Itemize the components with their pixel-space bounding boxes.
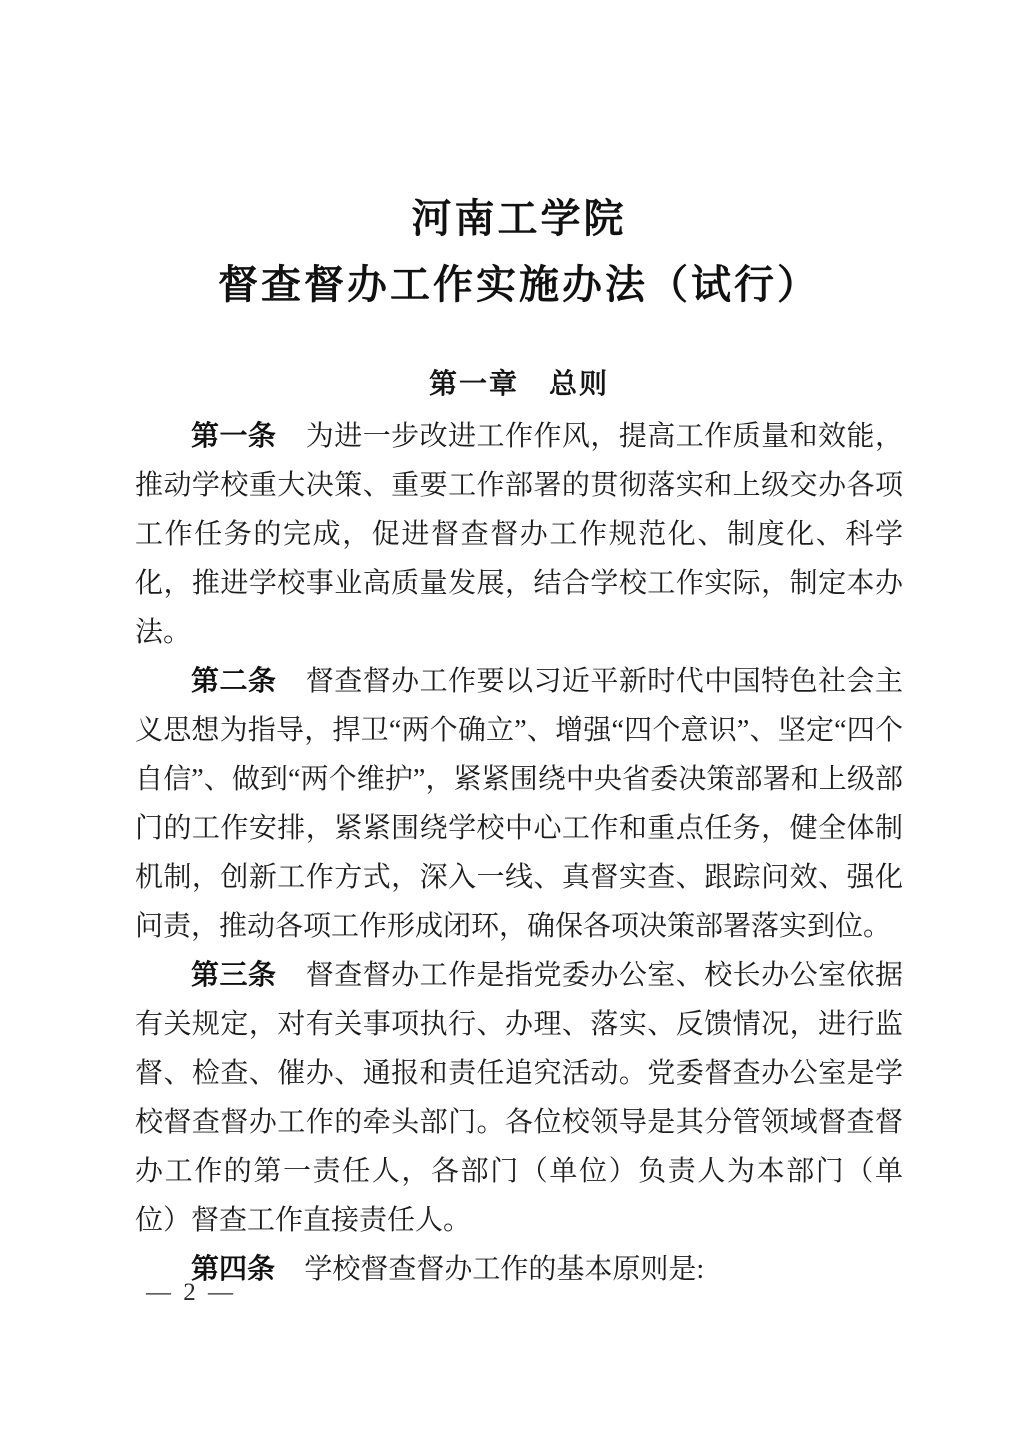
document-title-line-2: 督查督办工作实施办法（试行） [135,252,903,318]
article-1-label: 第一条 [191,421,276,452]
article-1-text: 为进一步改进工作作风，提高工作质量和效能，推动学校重大决策、重要工作部署的贯彻落… [135,421,903,648]
page-number: — 2 — [146,1278,236,1308]
article-2-paragraph: 第二条督查督办工作要以习近平新时代中国特色社会主义思想为指导，捍卫“两个确立”、… [135,657,903,951]
article-3-text: 督查督办工作是指党委办公室、校长办公室依据有关规定，对有关事项执行、办理、落实、… [135,960,903,1236]
document-title-line-1: 河南工学院 [135,186,903,252]
article-3-label: 第三条 [191,960,276,991]
article-2-text: 督查督办工作要以习近平新时代中国特色社会主义思想为指导，捍卫“两个确立”、增强“… [135,666,903,942]
document-content: 河南工学院 督查督办工作实施办法（试行） 第一章 总则 第一条为进一步改进工作作… [135,0,903,1294]
document-title-block: 河南工学院 督查督办工作实施办法（试行） [135,0,903,318]
document-body: 第一条为进一步改进工作作风，提高工作质量和效能，推动学校重大决策、重要工作部署的… [135,412,903,1294]
article-2-label: 第二条 [191,666,276,697]
article-4-paragraph: 第四条学校督查督办工作的基本原则是: [135,1245,903,1294]
chapter-heading: 第一章 总则 [135,364,903,404]
article-1-paragraph: 第一条为进一步改进工作作风，提高工作质量和效能，推动学校重大决策、重要工作部署的… [135,412,903,657]
document-page: 河南工学院 督查督办工作实施办法（试行） 第一章 总则 第一条为进一步改进工作作… [0,0,1024,1448]
article-4-text: 学校督查督办工作的基本原则是: [304,1254,704,1285]
article-3-paragraph: 第三条督查督办工作是指党委办公室、校长办公室依据有关规定，对有关事项执行、办理、… [135,951,903,1245]
